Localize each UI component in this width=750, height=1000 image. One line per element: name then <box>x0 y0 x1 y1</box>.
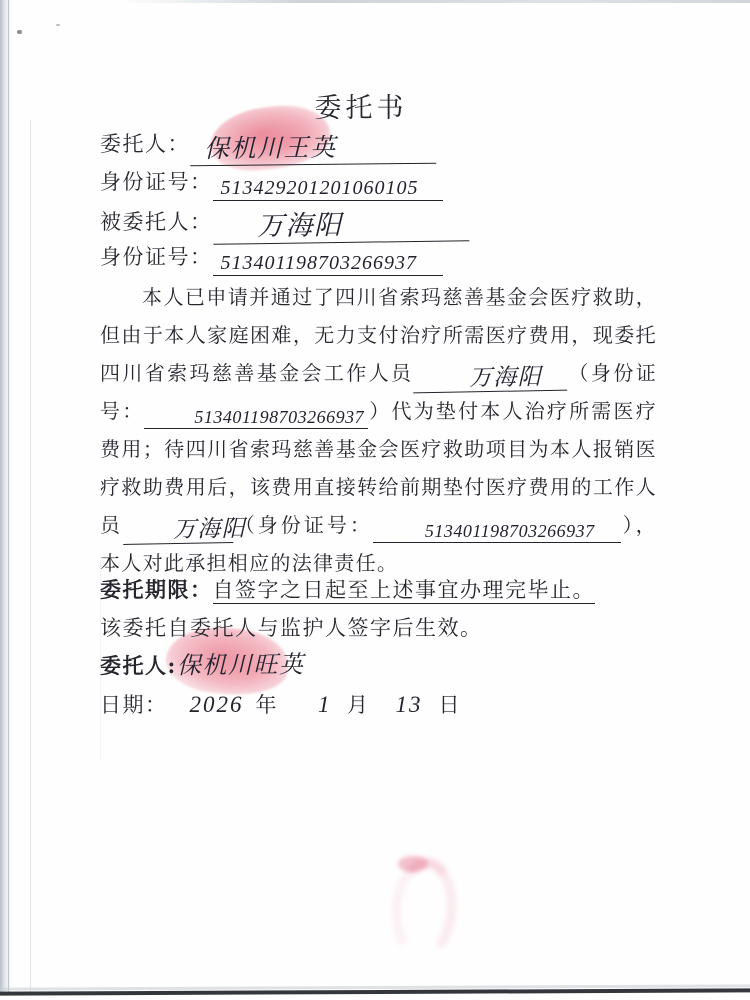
field-agent-id: 身份证号：513401198703266937 <box>100 241 660 279</box>
date-label: 日期： <box>100 693 168 717</box>
field-agent: 被委托人：万海阳 <box>100 203 660 241</box>
field-agent-id-label: 身份证号： <box>100 241 213 271</box>
scan-top-edge <box>120 0 750 3</box>
date-month-handwritten: 1 <box>318 686 331 724</box>
inline-fill-agent-id: 513401198703266937 <box>144 406 368 429</box>
document-title: 委托书 <box>0 86 736 125</box>
date-line: 日期：2026年1月13日 <box>100 686 700 725</box>
scan-speck <box>17 30 22 34</box>
field-agent-value-handwritten: 万海阳 <box>212 201 469 245</box>
body-segment: （身份证号： <box>233 513 373 537</box>
date-month-unit: 月 <box>347 693 370 717</box>
inline-fill-agent-id-2: 513401198703266937 <box>373 520 621 543</box>
signature-handwritten-name: 保机川旺英 <box>177 647 305 686</box>
header-fields: 委托人：保机川王英 身份证号：513429201201060105 被委托人：万… <box>100 128 660 278</box>
inline-fill-agent-name: 万海阳 <box>413 364 567 394</box>
date-day-unit: 日 <box>439 693 462 717</box>
date-day-handwritten: 13 <box>396 686 423 724</box>
scanned-authorization-letter: 委托书 委托人：保机川王英 身份证号：513429201201060105 被委… <box>0 0 750 1000</box>
scan-speck <box>56 24 60 26</box>
field-principal-label: 委托人： <box>100 128 190 158</box>
body-paragraph: 本人已申请并通过了四川省索玛慈善基金会医疗救助，但由于本人家庭困难，无力支付治疗… <box>100 278 657 582</box>
field-principal: 委托人：保机川王英 <box>100 128 660 166</box>
term-value: 自签字之日起至上述事宜办理完毕止。 <box>213 578 596 604</box>
field-principal-id: 身份证号：513429201201060105 <box>100 166 660 204</box>
closing-block: 委托期限：自签字之日起至上述事宜办理完毕止。 该委托自委托人与监护人签字后生效。… <box>100 571 700 724</box>
date-year-unit: 年 <box>256 693 279 717</box>
faint-fingerprint-smudge <box>389 856 460 962</box>
scan-left-edge-shadow <box>0 0 12 995</box>
field-agent-label: 被委托人： <box>100 206 213 236</box>
effect-line: 该委托自委托人与监护人签字后生效。 <box>100 610 700 648</box>
term-label: 委托期限： <box>100 577 213 602</box>
signature-label: 委托人: <box>100 653 177 678</box>
field-agent-id-value-handwritten: 513401198703266937 <box>213 252 443 276</box>
field-principal-id-label: 身份证号： <box>100 166 213 196</box>
faint-fingerprint-smudge-dot <box>398 856 428 872</box>
scan-left-edge-line <box>8 0 9 992</box>
scan-left-fold-line <box>30 120 31 992</box>
field-principal-id-value-handwritten: 513429201201060105 <box>213 177 443 201</box>
term-line: 委托期限：自签字之日起至上述事宜办理完毕止。 <box>100 571 700 610</box>
inline-fill-agent-name-2: 万海阳 <box>123 516 233 545</box>
field-principal-value-handwritten: 保机川王英 <box>190 127 436 167</box>
body-text: 本人已申请并通过了四川省索玛慈善基金会医疗救助，但由于本人家庭困难，无力支付治疗… <box>100 278 657 582</box>
date-year-handwritten: 2026 <box>190 686 244 724</box>
signature-line: 委托人:保机川旺英 <box>100 647 700 686</box>
